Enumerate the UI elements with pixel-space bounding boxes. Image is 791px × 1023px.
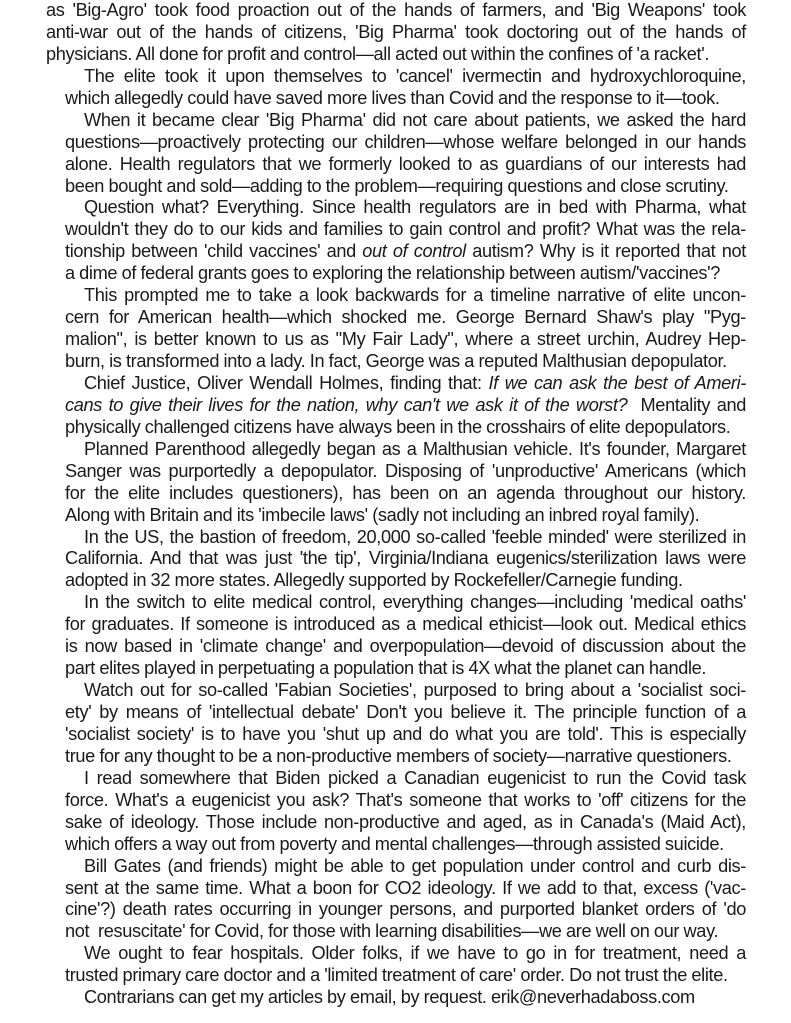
text-line: alone. Health regulators that we formerl… — [46, 154, 746, 176]
text-line: a dime of federal grants goes to explori… — [46, 263, 746, 285]
text-line: Along with Britain and its 'imbecile law… — [46, 505, 746, 527]
text-line: California. And that was just 'the tip',… — [46, 548, 746, 570]
text-line: force. What's a eugenicist you ask? That… — [46, 790, 746, 812]
document-page: as 'Big-Agro' took food proaction out of… — [46, 0, 746, 1009]
text-line: In the switch to elite medical control, … — [46, 592, 746, 614]
text-line: sent at the same time. What a boon for C… — [46, 878, 746, 900]
text-line: sake of ideology. Those include non-prod… — [46, 812, 746, 834]
text-line: questions—proactively protecting our chi… — [46, 132, 746, 154]
paragraph-timeline: This prompted me to take a look backward… — [46, 285, 746, 373]
paragraph-big-pharma: When it became clear 'Big Pharma' did no… — [46, 110, 746, 198]
text-line: malion", is better known to us as "My Fa… — [46, 329, 746, 351]
text-segment: Mentality and — [627, 395, 746, 415]
text-line: for the elite includes questioners), has… — [46, 483, 746, 505]
text-line: Contrarians can get my articles by email… — [46, 987, 746, 1009]
paragraph-us-sterilization: In the US, the bastion of freedom, 20,00… — [46, 527, 746, 593]
text-line: cans to give their lives for the nation,… — [46, 395, 746, 417]
text-line: We ought to fear hospitals. Older folks,… — [46, 943, 746, 965]
italic-quote: cans to give their lives for the nation,… — [65, 395, 627, 415]
text-line: burn, is transformed into a lady. In fac… — [46, 351, 746, 373]
text-line: physically challenged citizens have alwa… — [46, 417, 746, 439]
text-line: as 'Big-Agro' took food proaction out of… — [46, 0, 746, 22]
paragraph-hospitals: We ought to fear hospitals. Older folks,… — [46, 943, 746, 987]
italic-quote: If we can ask the best of Ameri- — [489, 373, 747, 393]
text-line: In the US, the bastion of freedom, 20,00… — [46, 527, 746, 549]
text-segment: autism? Why is it reported that not — [466, 241, 746, 261]
text-line: which offers a way out from poverty and … — [46, 834, 746, 856]
paragraph-bill-gates: Bill Gates (and friends) might be able t… — [46, 856, 746, 944]
text-line: Planned Parenthood allegedly began as a … — [46, 439, 746, 461]
text-line: for graduates. If someone is introduced … — [46, 614, 746, 636]
text-line: been bought and sold—adding to the probl… — [46, 176, 746, 198]
paragraph-contact: Contrarians can get my articles by email… — [46, 987, 746, 1009]
text-segment: tionship between 'child vaccines' and — [65, 241, 362, 261]
text-segment: Contrarians can get my articles by email… — [84, 987, 491, 1007]
paragraph-planned-parenthood: Planned Parenthood allegedly began as a … — [46, 439, 746, 527]
italic-emphasis: out of control — [362, 241, 466, 261]
paragraph-eugenicist: I read somewhere that Biden picked a Can… — [46, 768, 746, 856]
text-line: Bill Gates (and friends) might be able t… — [46, 856, 746, 878]
text-line: I read somewhere that Biden picked a Can… — [46, 768, 746, 790]
paragraph-big-agro: as 'Big-Agro' took food proaction out of… — [46, 0, 746, 66]
text-line: tionship between 'child vaccines' and ou… — [46, 241, 746, 263]
text-line: When it became clear 'Big Pharma' did no… — [46, 110, 746, 132]
text-line: physicians. All done for profit and cont… — [46, 44, 746, 66]
text-segment: Chief Justice, Oliver Wendall Holmes, fi… — [84, 373, 489, 393]
text-line: trusted primary care doctor and a 'limit… — [46, 965, 746, 987]
text-line: The elite took it upon themselves to 'ca… — [46, 66, 746, 88]
text-line: cine'?) death rates occurring in younger… — [46, 899, 746, 921]
paragraph-question-what: Question what? Everything. Since health … — [46, 197, 746, 285]
paragraph-medical-control: In the switch to elite medical control, … — [46, 592, 746, 680]
text-line: ety' by means of 'intellectual debate' D… — [46, 702, 746, 724]
email-link[interactable]: erik@neverhadaboss.com — [491, 987, 695, 1007]
text-line: Question what? Everything. Since health … — [46, 197, 746, 219]
paragraph-holmes: Chief Justice, Oliver Wendall Holmes, fi… — [46, 373, 746, 439]
text-line: true for any thought to be a non-product… — [46, 746, 746, 768]
text-line: is now based in 'climate change' and ove… — [46, 636, 746, 658]
text-line: part elites played in perpetuating a pop… — [46, 658, 746, 680]
text-line: wouldn't they do to our kids and familie… — [46, 219, 746, 241]
text-line: which allegedly could have saved more li… — [46, 88, 746, 110]
text-line: not resuscitate' for Covid, for those wi… — [46, 921, 746, 943]
text-line: Watch out for so-called 'Fabian Societie… — [46, 680, 746, 702]
paragraph-ivermectin: The elite took it upon themselves to 'ca… — [46, 66, 746, 110]
paragraph-fabian-societies: Watch out for so-called 'Fabian Societie… — [46, 680, 746, 768]
text-line: adopted in 32 more states. Allegedly sup… — [46, 570, 746, 592]
text-line: cern for American health—which shocked m… — [46, 307, 746, 329]
text-line: Chief Justice, Oliver Wendall Holmes, fi… — [46, 373, 746, 395]
text-line: anti-war out of the hands of citizens, '… — [46, 22, 746, 44]
text-line: Sanger was purportedly a depopulator. Di… — [46, 461, 746, 483]
text-line: 'socialist society' is to have you 'shut… — [46, 724, 746, 746]
text-line: This prompted me to take a look backward… — [46, 285, 746, 307]
